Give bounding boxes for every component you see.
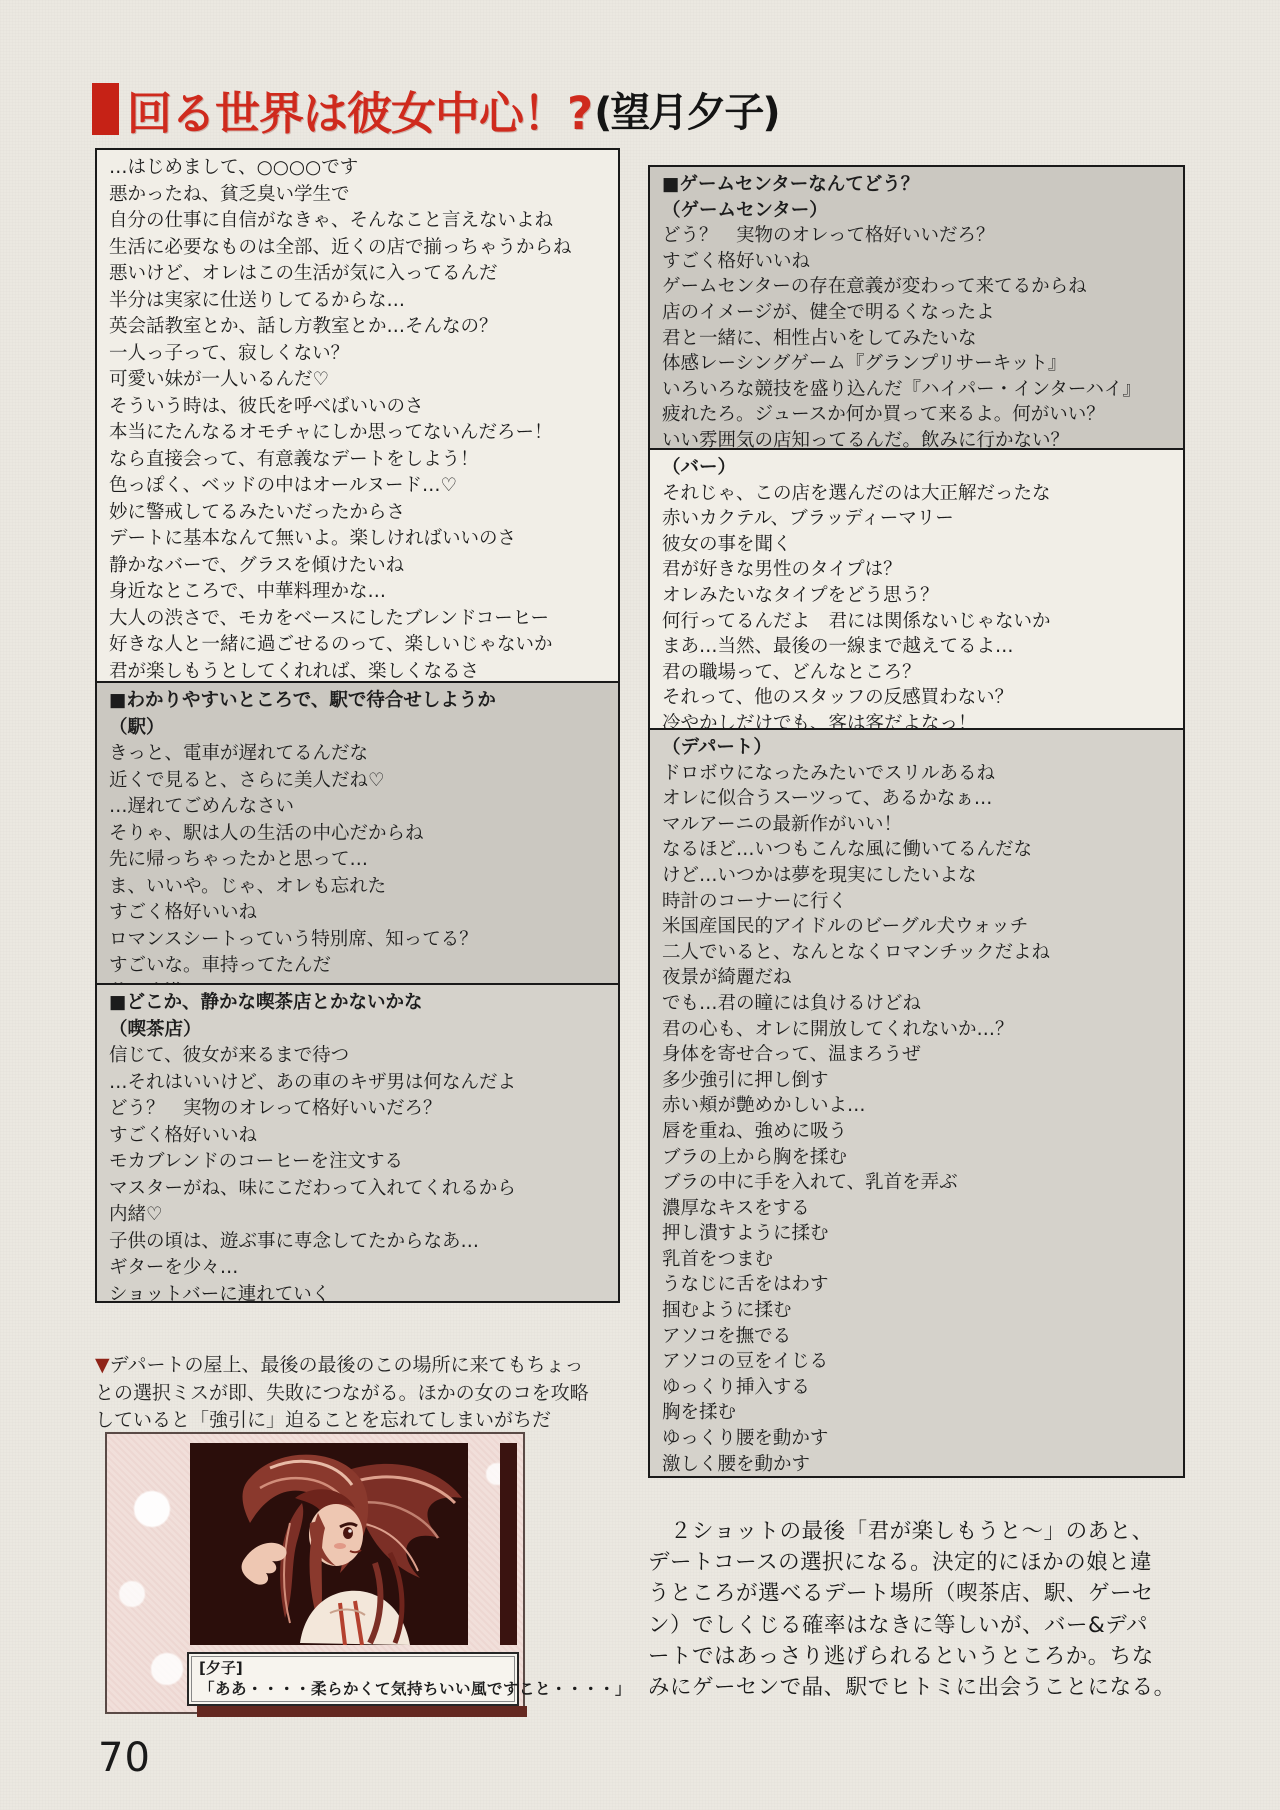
- page-number: 70: [98, 1735, 151, 1781]
- dialogue-line: アソコを撫でる: [662, 1324, 1171, 1350]
- dialogue-line: 妙に警戒してるみたいだったからさ: [109, 500, 606, 527]
- dialogue-line: 身近なところで、中華料理かな…: [109, 579, 606, 606]
- dialogue-line: 英会話教室とか、話し方教室とか…そんなの？: [109, 314, 606, 341]
- commentary-line: デートコースの選択になる。決定的にほかの娘と違: [648, 1547, 1188, 1578]
- dialogue-line: 体感レーシングゲーム『グランプリサーキット』: [662, 351, 1171, 377]
- dialogue-box-station: ■わかりやすいところで、駅で待合せしようか （駅） きっと、電車が遅れてるんだな…: [95, 681, 620, 985]
- dialogue-line: 米国産国民的アイドルのビーグル犬ウォッチ: [662, 914, 1171, 940]
- dialogue-box-intro: …はじめまして、○○○○です悪かったね、貧乏臭い学生で自分の仕事に自信がなきゃ、…: [95, 148, 620, 683]
- commentary-line: ートではあっさり逃げられるというところか。ちな: [648, 1641, 1188, 1672]
- dialogue-line: 赤い頬が艶めかしいよ…: [662, 1093, 1171, 1119]
- dialogue-line: オレみたいなタイプをどう思う？: [662, 583, 1171, 609]
- dialogue-line: 生活に必要なものは全部、近くの店で揃っちゃうからね: [109, 235, 606, 262]
- dialogue-line: なら直接会って、有意義なデートをしよう！: [109, 447, 606, 474]
- dialogue-line: 君が好きな男性のタイプは？: [662, 557, 1171, 583]
- dialogue-line: でも…君の瞳には負けるけどね: [662, 991, 1171, 1017]
- dialogue-lines: …はじめまして、○○○○です悪かったね、貧乏臭い学生で自分の仕事に自信がなきゃ、…: [109, 155, 606, 683]
- dialogue-line: 可愛い妹が一人いるんだ♡: [109, 367, 606, 394]
- dialogue-line: 時計のコーナーに行く: [662, 889, 1171, 915]
- anime-girl-illustration: [190, 1443, 468, 1645]
- dialogue-line: どう？ 実物のオレって格好いいだろ？: [109, 1096, 606, 1123]
- dialogue-line: すごく格好いいね: [109, 900, 606, 927]
- caption-line: との選択ミスが即、失敗につながる。ほかの女のコを攻略: [95, 1382, 589, 1404]
- dialogue-line: そりゃ、駅は人の生活の中心だからね: [109, 821, 606, 848]
- box-location-label: （デパート）: [662, 735, 1171, 761]
- dialogue-line: …はじめまして、○○○○です: [109, 155, 606, 182]
- dialogue-line: それって、他のスタッフの反感買わない？: [662, 685, 1171, 711]
- dialogue-line: ギターを少々…: [109, 1255, 606, 1282]
- dialogue-line: アソコの豆をイじる: [662, 1349, 1171, 1375]
- left-column: …はじめまして、○○○○です悪かったね、貧乏臭い学生で自分の仕事に自信がなきゃ、…: [95, 148, 620, 1303]
- dialogue-line: 自分の仕事に自信がなきゃ、そんなこと言えないよね: [109, 208, 606, 235]
- dialogue-line: マルアーニの最新作がいい！: [662, 812, 1171, 838]
- dialogue-line: 悪いけど、オレはこの生活が気に入ってるんだ: [109, 261, 606, 288]
- game-dialog-box: [夕子] 「ああ・・・・柔らかくて気持ちいい風ですこと・・・・」: [187, 1652, 519, 1706]
- dialogue-line: 一人っ子って、寂しくない？: [109, 341, 606, 368]
- dialogue-line: ゆっくり腰を動かす: [662, 1426, 1171, 1452]
- dialogue-line: それじゃ、この店を選んだのは大正解だったな: [662, 481, 1171, 507]
- dialogue-line: 掴むように揉む: [662, 1298, 1171, 1324]
- dialogue-line: ショットバーに連れていく: [109, 1282, 606, 1304]
- dialogue-line: きっと、電車が遅れてるんだな: [109, 741, 606, 768]
- dialogue-line: ブラの中に手を入れて、乳首を弄ぶ: [662, 1170, 1171, 1196]
- dialogue-line: すごく格好いいね: [109, 1123, 606, 1150]
- dialogue-line: なるほど…いつもこんな風に働いてるんだな: [662, 837, 1171, 863]
- dialogue-line: 店のイメージが、健全で明るくなったよ: [662, 300, 1171, 326]
- box-location-label: （バー）: [662, 455, 1171, 481]
- dialogue-lines: どう？ 実物のオレって格好いいだろ？すごく格好いいねゲームセンターの存在意義が変…: [662, 223, 1171, 450]
- commentary-lines: ２ショットの最後「君が楽しもうと～」のあと、デートコースの選択になる。決定的にほ…: [648, 1516, 1188, 1703]
- dialogue-line: 疲れたろ。ジュースか何か買って来るよ。何がいい？: [662, 402, 1171, 428]
- dialogue-box-bar: （バー） それじゃ、この店を選んだのは大正解だったな赤いカクテル、ブラッディーマ…: [648, 448, 1185, 730]
- page-title-character: (望月夕子): [594, 81, 779, 138]
- box-header: ■ゲームセンターなんてどう？: [662, 172, 1171, 198]
- dialogue-line: モカブレンドのコーヒーを注文する: [109, 1149, 606, 1176]
- dialogue-line: ブラの上から胸を揉む: [662, 1145, 1171, 1171]
- dialogue-line: 君の職場って、どんなところ？: [662, 660, 1171, 686]
- page-title-main: 回る世界は彼女中心！?: [127, 77, 592, 142]
- dialogue-line: けど…いつかは夢を現実にしたいよな: [662, 863, 1171, 889]
- game-screenshot: [夕子] 「ああ・・・・柔らかくて気持ちいい風ですこと・・・・」: [105, 1432, 525, 1714]
- dialogue-line: 好きな人と一緒に過ごせるのって、楽しいじゃないか: [109, 632, 606, 659]
- dialogue-line: 色っぽく、ベッドの中はオールヌード…♡: [109, 473, 606, 500]
- box-location-label: （駅）: [109, 715, 606, 742]
- dialogue-line: 二人でいると、なんとなくロマンチックだよね: [662, 940, 1171, 966]
- dialogue-line: デートに基本なんて無いよ。楽しければいいのさ: [109, 526, 606, 553]
- dialog-shadow-bar: [197, 1706, 527, 1717]
- dialogue-line: 乳首をつまむ: [662, 1247, 1171, 1273]
- dialogue-line: 激しく腰を動かす: [662, 1452, 1171, 1478]
- dialogue-line: ゲームセンターの存在意義が変わって来てるからね: [662, 274, 1171, 300]
- dialogue-line: いい雰囲気の店知ってるんだ。飲みに行かない？: [662, 428, 1171, 450]
- dialogue-line: まあ…当然、最後の一線まで越えてるよ…: [662, 634, 1171, 660]
- commentary-paragraph: ２ショットの最後「君が楽しもうと～」のあと、デートコースの選択になる。決定的にほ…: [648, 1516, 1188, 1703]
- caption-line: デパートの屋上、最後の最後のこの場所に来てもちょっ: [110, 1354, 584, 1376]
- commentary-line: ２ショットの最後「君が楽しもうと～」のあと、: [648, 1516, 1188, 1547]
- dialogue-lines: ドロボウになったみたいでスリルあるねオレに似合うスーツって、あるかなぁ…マルアー…: [662, 761, 1171, 1478]
- dialogue-line: 内緒♡: [109, 1202, 606, 1229]
- dialogue-line: 唇を重ね、強めに吸う: [662, 1119, 1171, 1145]
- dialogue-line: …それはいいけど、あの車のキザ男は何なんだよ: [109, 1070, 606, 1097]
- dialogue-line: 押し潰すように揉む: [662, 1221, 1171, 1247]
- dialogue-line: 君の心も、オレに開放してくれないか…？: [662, 1017, 1171, 1043]
- dialogue-line: 多少強引に押し倒す: [662, 1068, 1171, 1094]
- dialogue-line: 彼女の事を聞く: [662, 532, 1171, 558]
- dialogue-lines: 信じて、彼女が来るまで待つ…それはいいけど、あの車のキザ男は何なんだよどう？ 実…: [109, 1043, 606, 1303]
- caption-line: していると「強引に」迫ることを忘れてしまいがちだ: [95, 1409, 551, 1431]
- dialogue-line: すごく格好いいね: [662, 249, 1171, 275]
- screenshot-caption: ▼デパートの屋上、最後の最後のこの場所に来てもちょっ との選択ミスが即、失敗につ…: [95, 1352, 640, 1435]
- title-red-block-icon: [92, 83, 119, 135]
- commentary-line: ン）でしくじる確率はなきに等しいが、バー&デパ: [648, 1610, 1188, 1641]
- box-header: ■どこか、静かな喫茶店とかないかな: [109, 990, 606, 1017]
- dialogue-line: ドロボウになったみたいでスリルあるね: [662, 761, 1171, 787]
- dialogue-line: 夜景が綺麗だね: [662, 965, 1171, 991]
- screenshot-dark-strip: [500, 1443, 517, 1645]
- dialogue-line: 先に帰っちゃったかと思って…: [109, 847, 606, 874]
- commentary-line: みにゲーセンで晶、駅でヒトミに出会うことになる。: [648, 1672, 1188, 1703]
- dialog-speaker-name: [夕子]: [199, 1658, 507, 1678]
- dialogue-line: 赤いカクテル、ブラッディーマリー: [662, 506, 1171, 532]
- dialogue-line: 信じて、彼女が来るまで待つ: [109, 1043, 606, 1070]
- dialogue-line: 悪かったね、貧乏臭い学生で: [109, 182, 606, 209]
- right-column: ■ゲームセンターなんてどう？ （ゲームセンター） どう？ 実物のオレって格好いい…: [648, 165, 1185, 1478]
- dialogue-line: すごいな。車持ってたんだ: [109, 953, 606, 980]
- dialogue-line: 静かなバーで、グラスを傾けたいね: [109, 553, 606, 580]
- character-artwork: [190, 1443, 468, 1645]
- dialogue-line: 近くで見ると、さらに美人だね♡: [109, 768, 606, 795]
- dialogue-lines: それじゃ、この店を選んだのは大正解だったな赤いカクテル、ブラッディーマリー彼女の…: [662, 481, 1171, 730]
- dialogue-box-gamecenter: ■ゲームセンターなんてどう？ （ゲームセンター） どう？ 実物のオレって格好いい…: [648, 165, 1185, 450]
- box-location-label: （ゲームセンター）: [662, 198, 1171, 224]
- dialogue-line: ま、いいや。じゃ、オレも忘れた: [109, 874, 606, 901]
- dialogue-line: マスターがね、味にこだわって入れてくれるから: [109, 1176, 606, 1203]
- dialogue-line: 身体を寄せ合って、温まろうぜ: [662, 1042, 1171, 1068]
- dialogue-line: 本当にたんなるオモチャにしか思ってないんだろー！: [109, 420, 606, 447]
- dialogue-line: いろいろな競技を盛り込んだ『ハイパー・インターハイ』: [662, 377, 1171, 403]
- box-location-label: （喫茶店）: [109, 1017, 606, 1044]
- dialogue-line: うなじに舌をはわす: [662, 1272, 1171, 1298]
- dialogue-line: 子供の頃は、遊ぶ事に専念してたからなあ…: [109, 1229, 606, 1256]
- dialog-text: 「ああ・・・・柔らかくて気持ちいい風ですこと・・・・」: [199, 1678, 507, 1700]
- dialogue-line: 君と一緒に、相性占いをしてみたいな: [662, 326, 1171, 352]
- dialogue-line: 大人の渋さで、モカをベースにしたブレンドコーヒー: [109, 606, 606, 633]
- dialogue-line: 半分は実家に仕送りしてるからな…: [109, 288, 606, 315]
- box-header: ■わかりやすいところで、駅で待合せしようか: [109, 688, 606, 715]
- dialogue-line: 何行ってるんだよ 君には関係ないじゃないか: [662, 609, 1171, 635]
- dialogue-line: オレに似合うスーツって、あるかなぁ…: [662, 786, 1171, 812]
- dialogue-box-cafe: ■どこか、静かな喫茶店とかないかな （喫茶店） 信じて、彼女が来るまで待つ…それ…: [95, 983, 620, 1303]
- dialogue-line: ロマンスシートっていう特別席、知ってる？: [109, 927, 606, 954]
- dialogue-line: そういう時は、彼氏を呼べばいいのさ: [109, 394, 606, 421]
- dialogue-line: 濃厚なキスをする: [662, 1196, 1171, 1222]
- caption-triangle-icon: ▼: [95, 1354, 110, 1376]
- page-title: 回る世界は彼女中心！? (望月夕子): [92, 80, 779, 138]
- dialogue-line: ゆっくり挿入する: [662, 1375, 1171, 1401]
- commentary-line: うところが選べるデート場所（喫茶店、駅、ゲーセ: [648, 1578, 1188, 1609]
- dialogue-line: …遅れてごめんなさい: [109, 794, 606, 821]
- dialogue-box-department: （デパート） ドロボウになったみたいでスリルあるねオレに似合うスーツって、あるか…: [648, 728, 1185, 1478]
- dialogue-line: 君が楽しもうとしてくれれば、楽しくなるさ: [109, 659, 606, 684]
- dialogue-lines: きっと、電車が遅れてるんだな近くで見ると、さらに美人だね♡…遅れてごめんなさいそ…: [109, 741, 606, 985]
- dialogue-line: 胸を揉む: [662, 1400, 1171, 1426]
- dialogue-line: どう？ 実物のオレって格好いいだろ？: [662, 223, 1171, 249]
